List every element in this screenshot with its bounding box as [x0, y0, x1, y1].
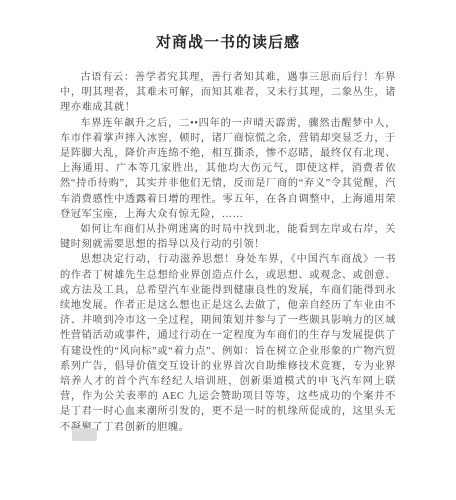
- paragraph-1: 古语有云：善学者究其理，善行者知其难，遇事三思而后行！车界中，明其理者，其难未可…: [60, 70, 396, 116]
- document-page: 对商战一书的读后感 古语有云：善学者究其理，善行者知其难，遇事三思而后行！车界中…: [0, 0, 456, 500]
- paragraph-3: 如何让车商们从扑朔迷离的时局中找到北，能看到左岸或右岸，关键时刻就需要思想的指导…: [60, 222, 396, 252]
- gray-badge-icon[interactable]: [72, 428, 97, 441]
- paragraph-2: 车界连年飙升之后，二••四年的一声晴天霹雳，骤然击醒梦中人，车市伴着掌声摔入冰窖…: [60, 116, 396, 222]
- document-title: 对商战一书的读后感: [0, 0, 456, 52]
- paragraph-4: 思想决定行动，行动滋养思想！身处车界，《中国汽车商战》一书的作者丁树雄先生总想给…: [60, 252, 396, 434]
- document-body: 古语有云：善学者究其理，善行者知其难，遇事三思而后行！车界中，明其理者，其难未可…: [60, 70, 396, 435]
